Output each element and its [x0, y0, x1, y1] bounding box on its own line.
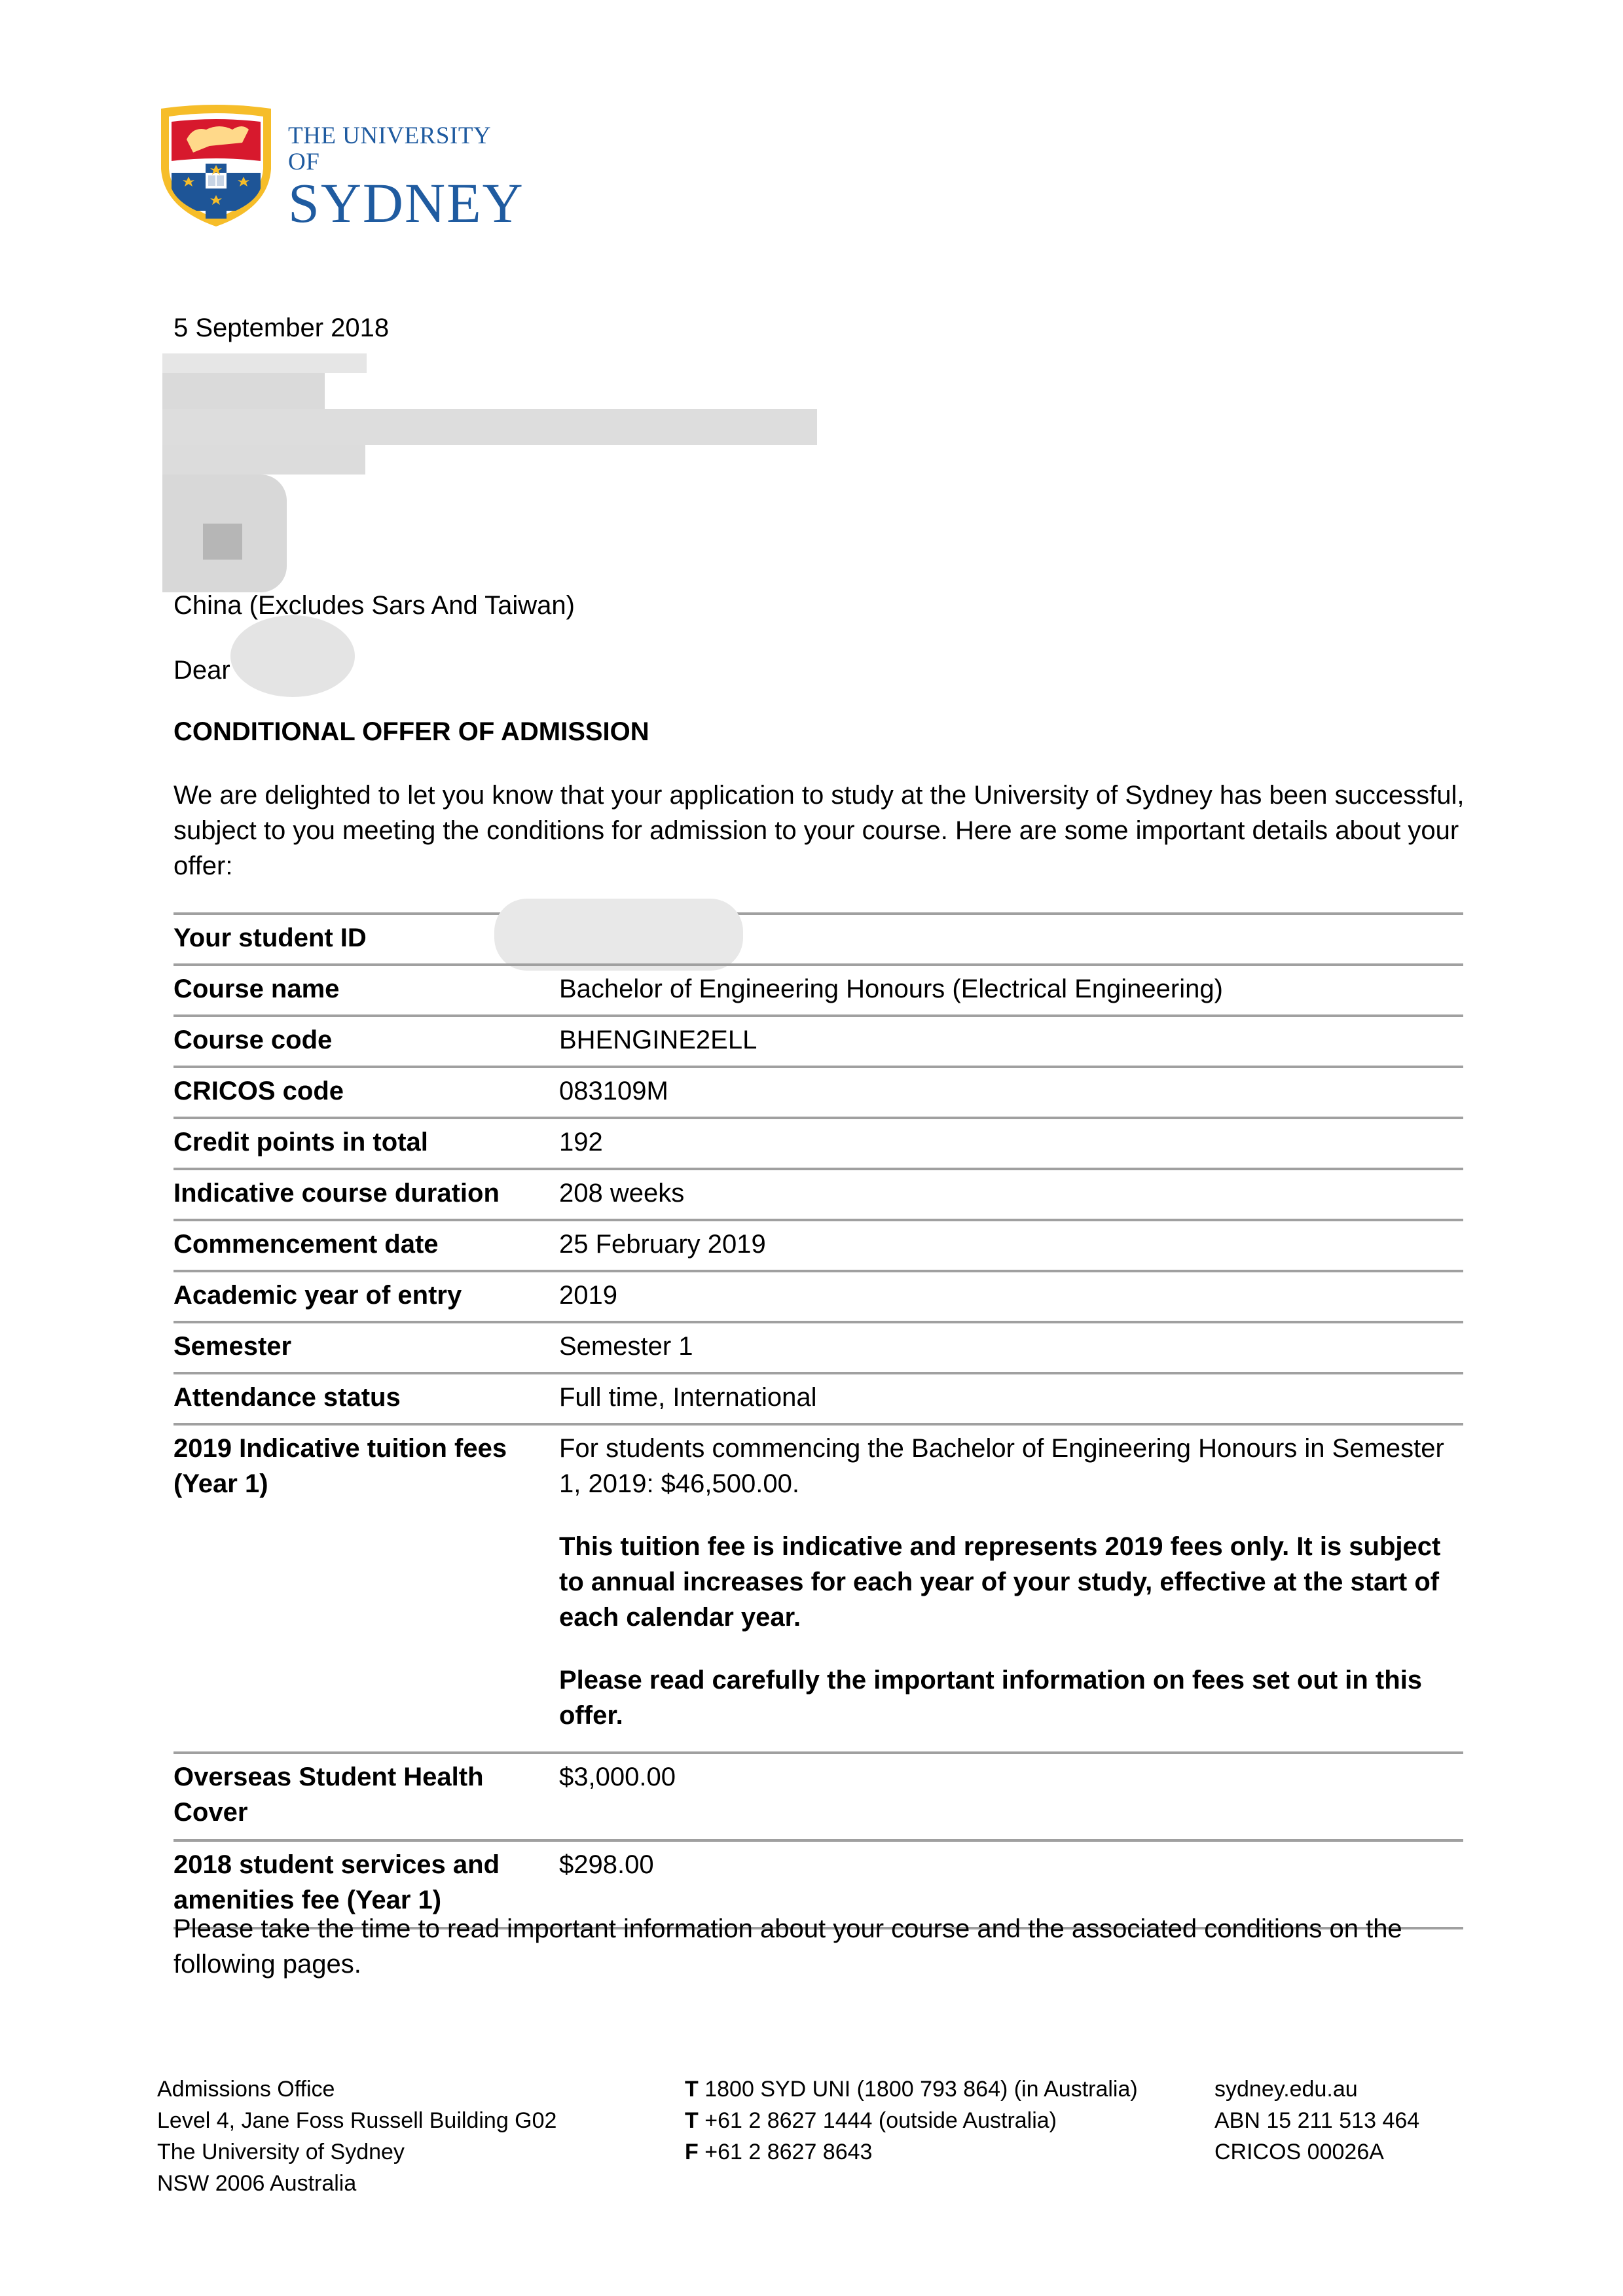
- tuition-note-indicative: This tuition fee is indicative and repre…: [559, 1529, 1463, 1635]
- abn: ABN 15 211 513 464: [1214, 2105, 1419, 2136]
- health-label: Overseas Student Health Cover: [173, 1754, 559, 1839]
- row-value: 2019: [559, 1272, 1463, 1321]
- closing-paragraph: Please take the time to read important i…: [173, 1911, 1476, 1982]
- tuition-label: 2019 Indicative tuition fees (Year 1): [173, 1426, 559, 1751]
- phone-key: T: [685, 2108, 699, 2133]
- row-value: 208 weeks: [559, 1170, 1463, 1219]
- offer-details-table: Your student ID Course name Bachelor of …: [173, 912, 1463, 1929]
- table-row: Course code BHENGINE2ELL: [173, 1014, 1463, 1066]
- footer-contacts: T 1800 SYD UNI (1800 793 864) (in Austra…: [685, 2073, 1138, 2168]
- university-wordmark: THE UNIVERSITY OF SYDNEY: [288, 123, 524, 230]
- row-label: Indicative course duration: [173, 1170, 559, 1219]
- row-value: Bachelor of Engineering Honours (Electri…: [559, 966, 1463, 1014]
- table-row: Semester Semester 1: [173, 1321, 1463, 1372]
- row-label: Course name: [173, 966, 559, 1014]
- fax-key: F: [685, 2140, 699, 2164]
- offer-heading: CONDITIONAL OFFER OF ADMISSION: [173, 714, 649, 749]
- wordmark-line1: THE UNIVERSITY OF: [288, 123, 524, 175]
- footer-address: Admissions Office Level 4, Jane Foss Rus…: [157, 2073, 556, 2199]
- footer-contact-line: T +61 2 8627 1444 (outside Australia): [685, 2105, 1138, 2136]
- tuition-note-read: Please read carefully the important info…: [559, 1662, 1463, 1733]
- row-value: 25 February 2019: [559, 1221, 1463, 1270]
- tuition-amount: For students commencing the Bachelor of …: [559, 1431, 1463, 1501]
- footer-contact-line: T 1800 SYD UNI (1800 793 864) (in Austra…: [685, 2073, 1138, 2105]
- university-crest-icon: [157, 103, 275, 228]
- phone-value: 1800 SYD UNI (1800 793 864) (in Australi…: [704, 2077, 1137, 2102]
- row-label: Course code: [173, 1017, 559, 1066]
- row-label: Credit points in total: [173, 1119, 559, 1168]
- website-link[interactable]: sydney.edu.au: [1214, 2073, 1419, 2105]
- row-label: Academic year of entry: [173, 1272, 559, 1321]
- footer-info: sydney.edu.au ABN 15 211 513 464 CRICOS …: [1214, 2073, 1419, 2168]
- intro-paragraph: We are delighted to let you know that yo…: [173, 778, 1483, 884]
- row-value: Full time, International: [559, 1374, 1463, 1423]
- table-row: Your student ID: [173, 912, 1463, 963]
- table-row: Commencement date 25 February 2019: [173, 1219, 1463, 1270]
- footer-address-line: NSW 2006 Australia: [157, 2168, 556, 2199]
- row-label: Semester: [173, 1323, 559, 1372]
- phone-key: T: [685, 2077, 699, 2102]
- row-label: Commencement date: [173, 1221, 559, 1270]
- salutation: Dear: [173, 653, 230, 688]
- footer-address-line: Level 4, Jane Foss Russell Building G02: [157, 2105, 556, 2136]
- health-value: $3,000.00: [559, 1754, 1463, 1839]
- cricos-provider: CRICOS 00026A: [1214, 2136, 1419, 2168]
- row-label: CRICOS code: [173, 1068, 559, 1117]
- table-row-tuition: 2019 Indicative tuition fees (Year 1) Fo…: [173, 1423, 1463, 1751]
- phone-value: +61 2 8627 1444 (outside Australia): [704, 2108, 1057, 2133]
- table-row: Course name Bachelor of Engineering Hono…: [173, 963, 1463, 1014]
- university-logo: THE UNIVERSITY OF SYDNEY: [157, 103, 511, 228]
- fax-value: +61 2 8627 8643: [704, 2140, 872, 2164]
- table-row: Indicative course duration 208 weeks: [173, 1168, 1463, 1219]
- tuition-value: For students commencing the Bachelor of …: [559, 1426, 1463, 1751]
- letter-date: 5 September 2018: [173, 310, 389, 346]
- row-value: 083109M: [559, 1068, 1463, 1117]
- row-value: Semester 1: [559, 1323, 1463, 1372]
- redacted-name: [230, 615, 355, 697]
- footer-address-line: The University of Sydney: [157, 2136, 556, 2168]
- table-row: Credit points in total 192: [173, 1117, 1463, 1168]
- address-country: China (Excludes Sars And Taiwan): [173, 588, 575, 623]
- table-row: Academic year of entry 2019: [173, 1270, 1463, 1321]
- row-value: 192: [559, 1119, 1463, 1168]
- table-row: CRICOS code 083109M: [173, 1066, 1463, 1117]
- redacted-student-id: [494, 899, 743, 971]
- row-value: BHENGINE2ELL: [559, 1017, 1463, 1066]
- row-label: Attendance status: [173, 1374, 559, 1423]
- table-row-health: Overseas Student Health Cover $3,000.00: [173, 1751, 1463, 1839]
- footer-contact-line: F +61 2 8627 8643: [685, 2136, 1138, 2168]
- table-row: Attendance status Full time, Internation…: [173, 1372, 1463, 1423]
- wordmark-line2: SYDNEY: [288, 175, 524, 230]
- footer-address-line: Admissions Office: [157, 2073, 556, 2105]
